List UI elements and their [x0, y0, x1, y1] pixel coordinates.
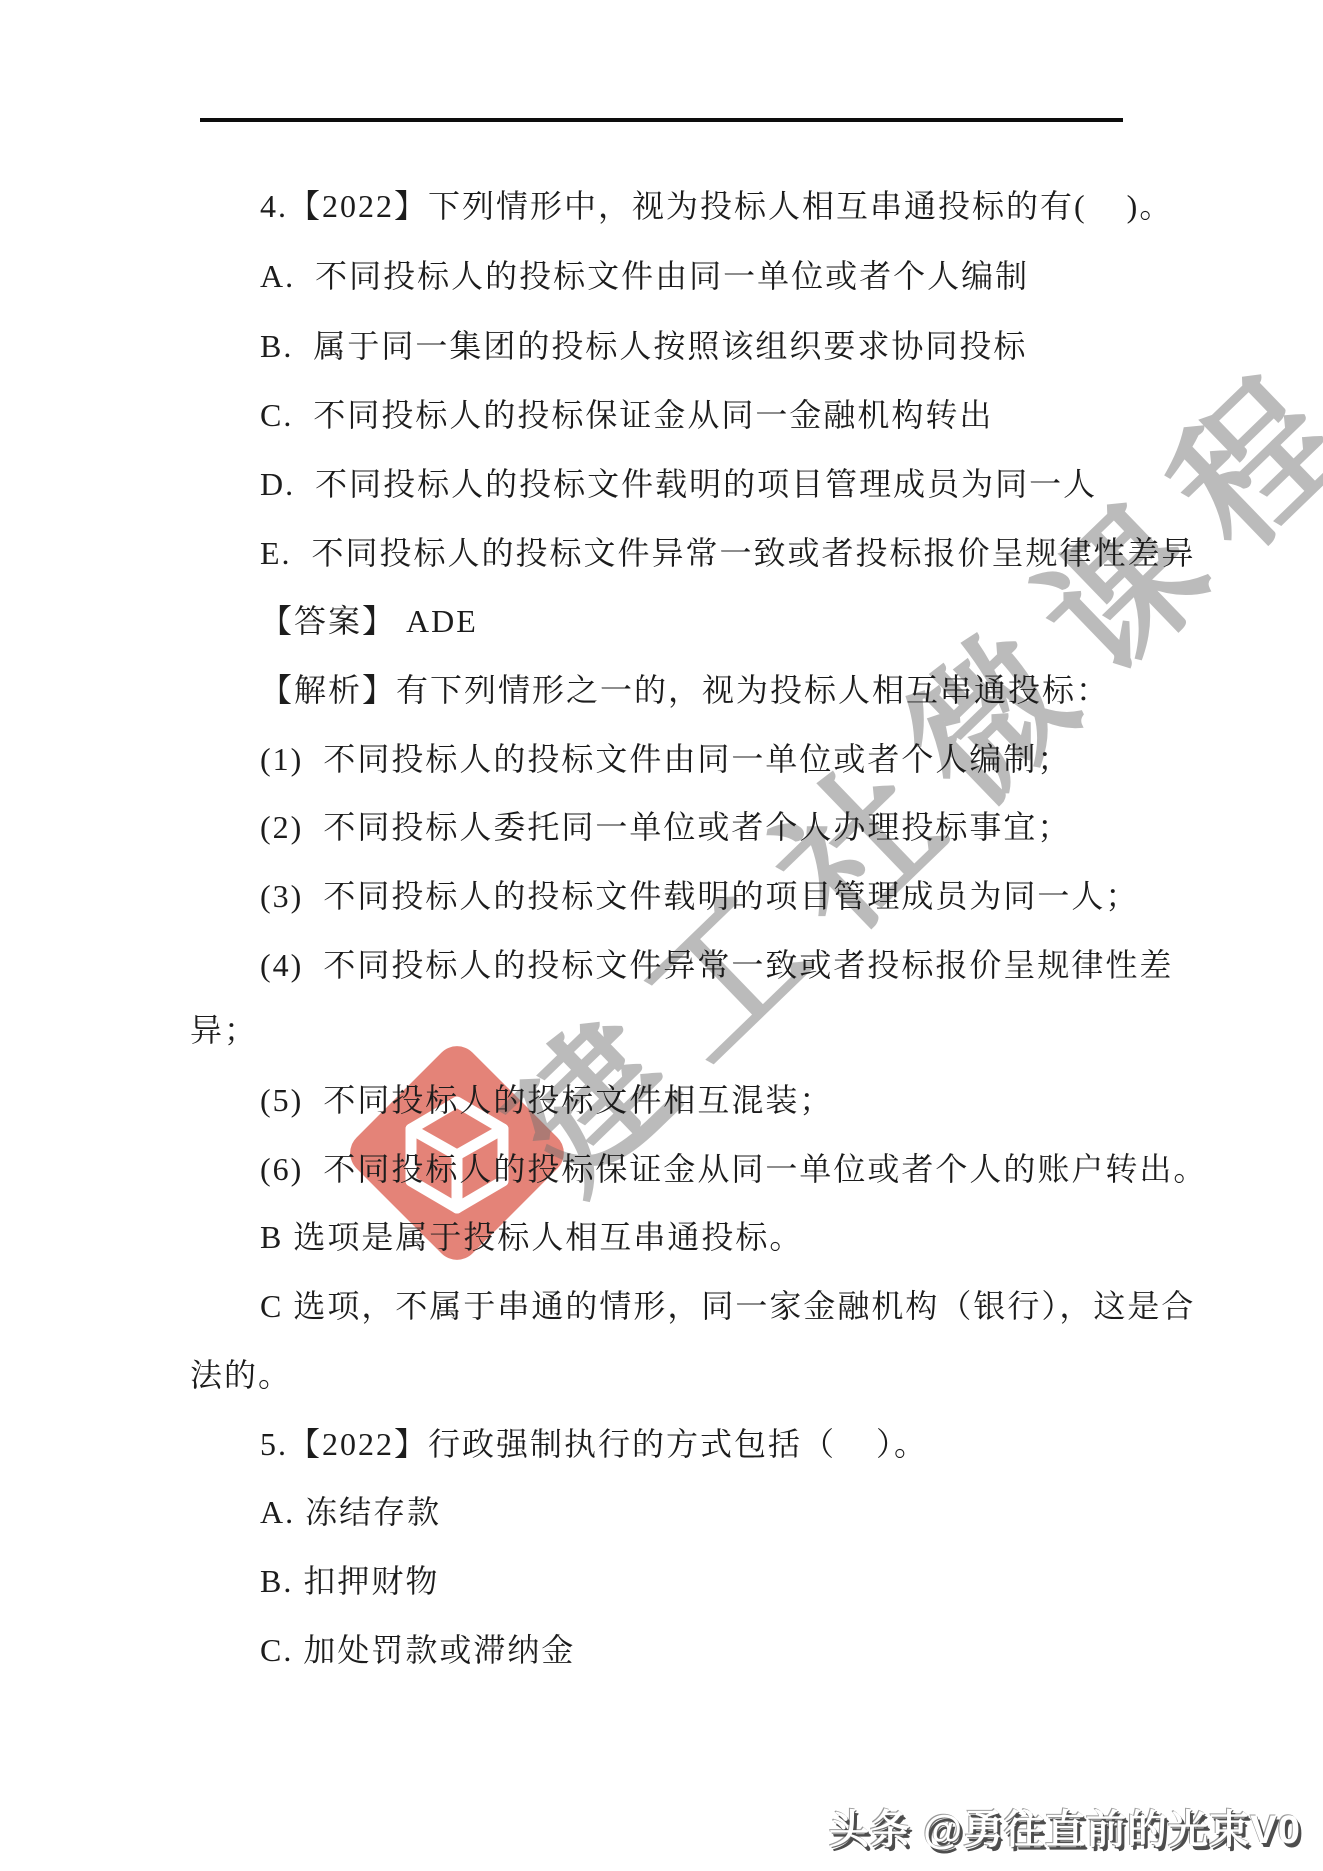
- exam-document-page: { "page": { "background": "#ffffff", "te…: [0, 0, 1323, 1871]
- q4-analysis-item-1: (1) 不同投标人的投标文件由同一单位或者个人编制；: [190, 739, 1210, 779]
- q4-question: 4.【2022】下列情形中，视为投标人相互串通投标的有( )。: [190, 186, 1210, 226]
- q4-option-b: B. 属于同一集团的投标人按照该组织要求协同投标: [190, 326, 1210, 366]
- header-rule: [200, 118, 1123, 122]
- q4-analysis-item-4-cont: 异；: [190, 1010, 1140, 1050]
- platform-credit: 头条 @勇往直前的光束V0: [829, 1798, 1301, 1855]
- q4-option-c: C. 不同投标人的投标保证金从同一金融机构转出: [190, 395, 1210, 435]
- q5-question: 5.【2022】行政强制执行的方式包括（ ）。: [190, 1424, 1210, 1464]
- q4-analysis-option-c-cont: 法的。: [190, 1355, 1140, 1395]
- q4-option-e: E. 不同投标人的投标文件异常一致或者投标报价呈规律性差异: [190, 533, 1210, 573]
- q5-option-a: A. 冻结存款: [190, 1492, 1210, 1532]
- q4-analysis-item-5: (5) 不同投标人的投标文件相互混装；: [190, 1080, 1210, 1120]
- q4-analysis-item-6: (6) 不同投标人的投标保证金从同一单位或者个人的账户转出。: [190, 1149, 1210, 1189]
- q4-option-d: D. 不同投标人的投标文件载明的项目管理成员为同一人: [190, 464, 1210, 504]
- q4-analysis-intro: 【解析】有下列情形之一的，视为投标人相互串通投标：: [190, 670, 1210, 710]
- q5-option-b: B. 扣押财物: [190, 1561, 1210, 1601]
- q4-option-a: A. 不同投标人的投标文件由同一单位或者个人编制: [190, 256, 1210, 296]
- q4-answer: 【答案】 ADE: [190, 601, 1210, 641]
- q4-analysis-item-3: (3) 不同投标人的投标文件载明的项目管理成员为同一人；: [190, 876, 1210, 916]
- q4-analysis-item-4: (4) 不同投标人的投标文件异常一致或者投标报价呈规律性差: [190, 945, 1210, 985]
- q4-analysis-option-b-note: B 选项是属于投标人相互串通投标。: [190, 1217, 1210, 1257]
- q5-option-c: C. 加处罚款或滞纳金: [190, 1630, 1210, 1670]
- q4-analysis-option-c-note: C 选项，不属于串通的情形，同一家金融机构（银行），这是合: [190, 1286, 1210, 1326]
- q4-analysis-item-2: (2) 不同投标人委托同一单位或者个人办理投标事宜；: [190, 807, 1210, 847]
